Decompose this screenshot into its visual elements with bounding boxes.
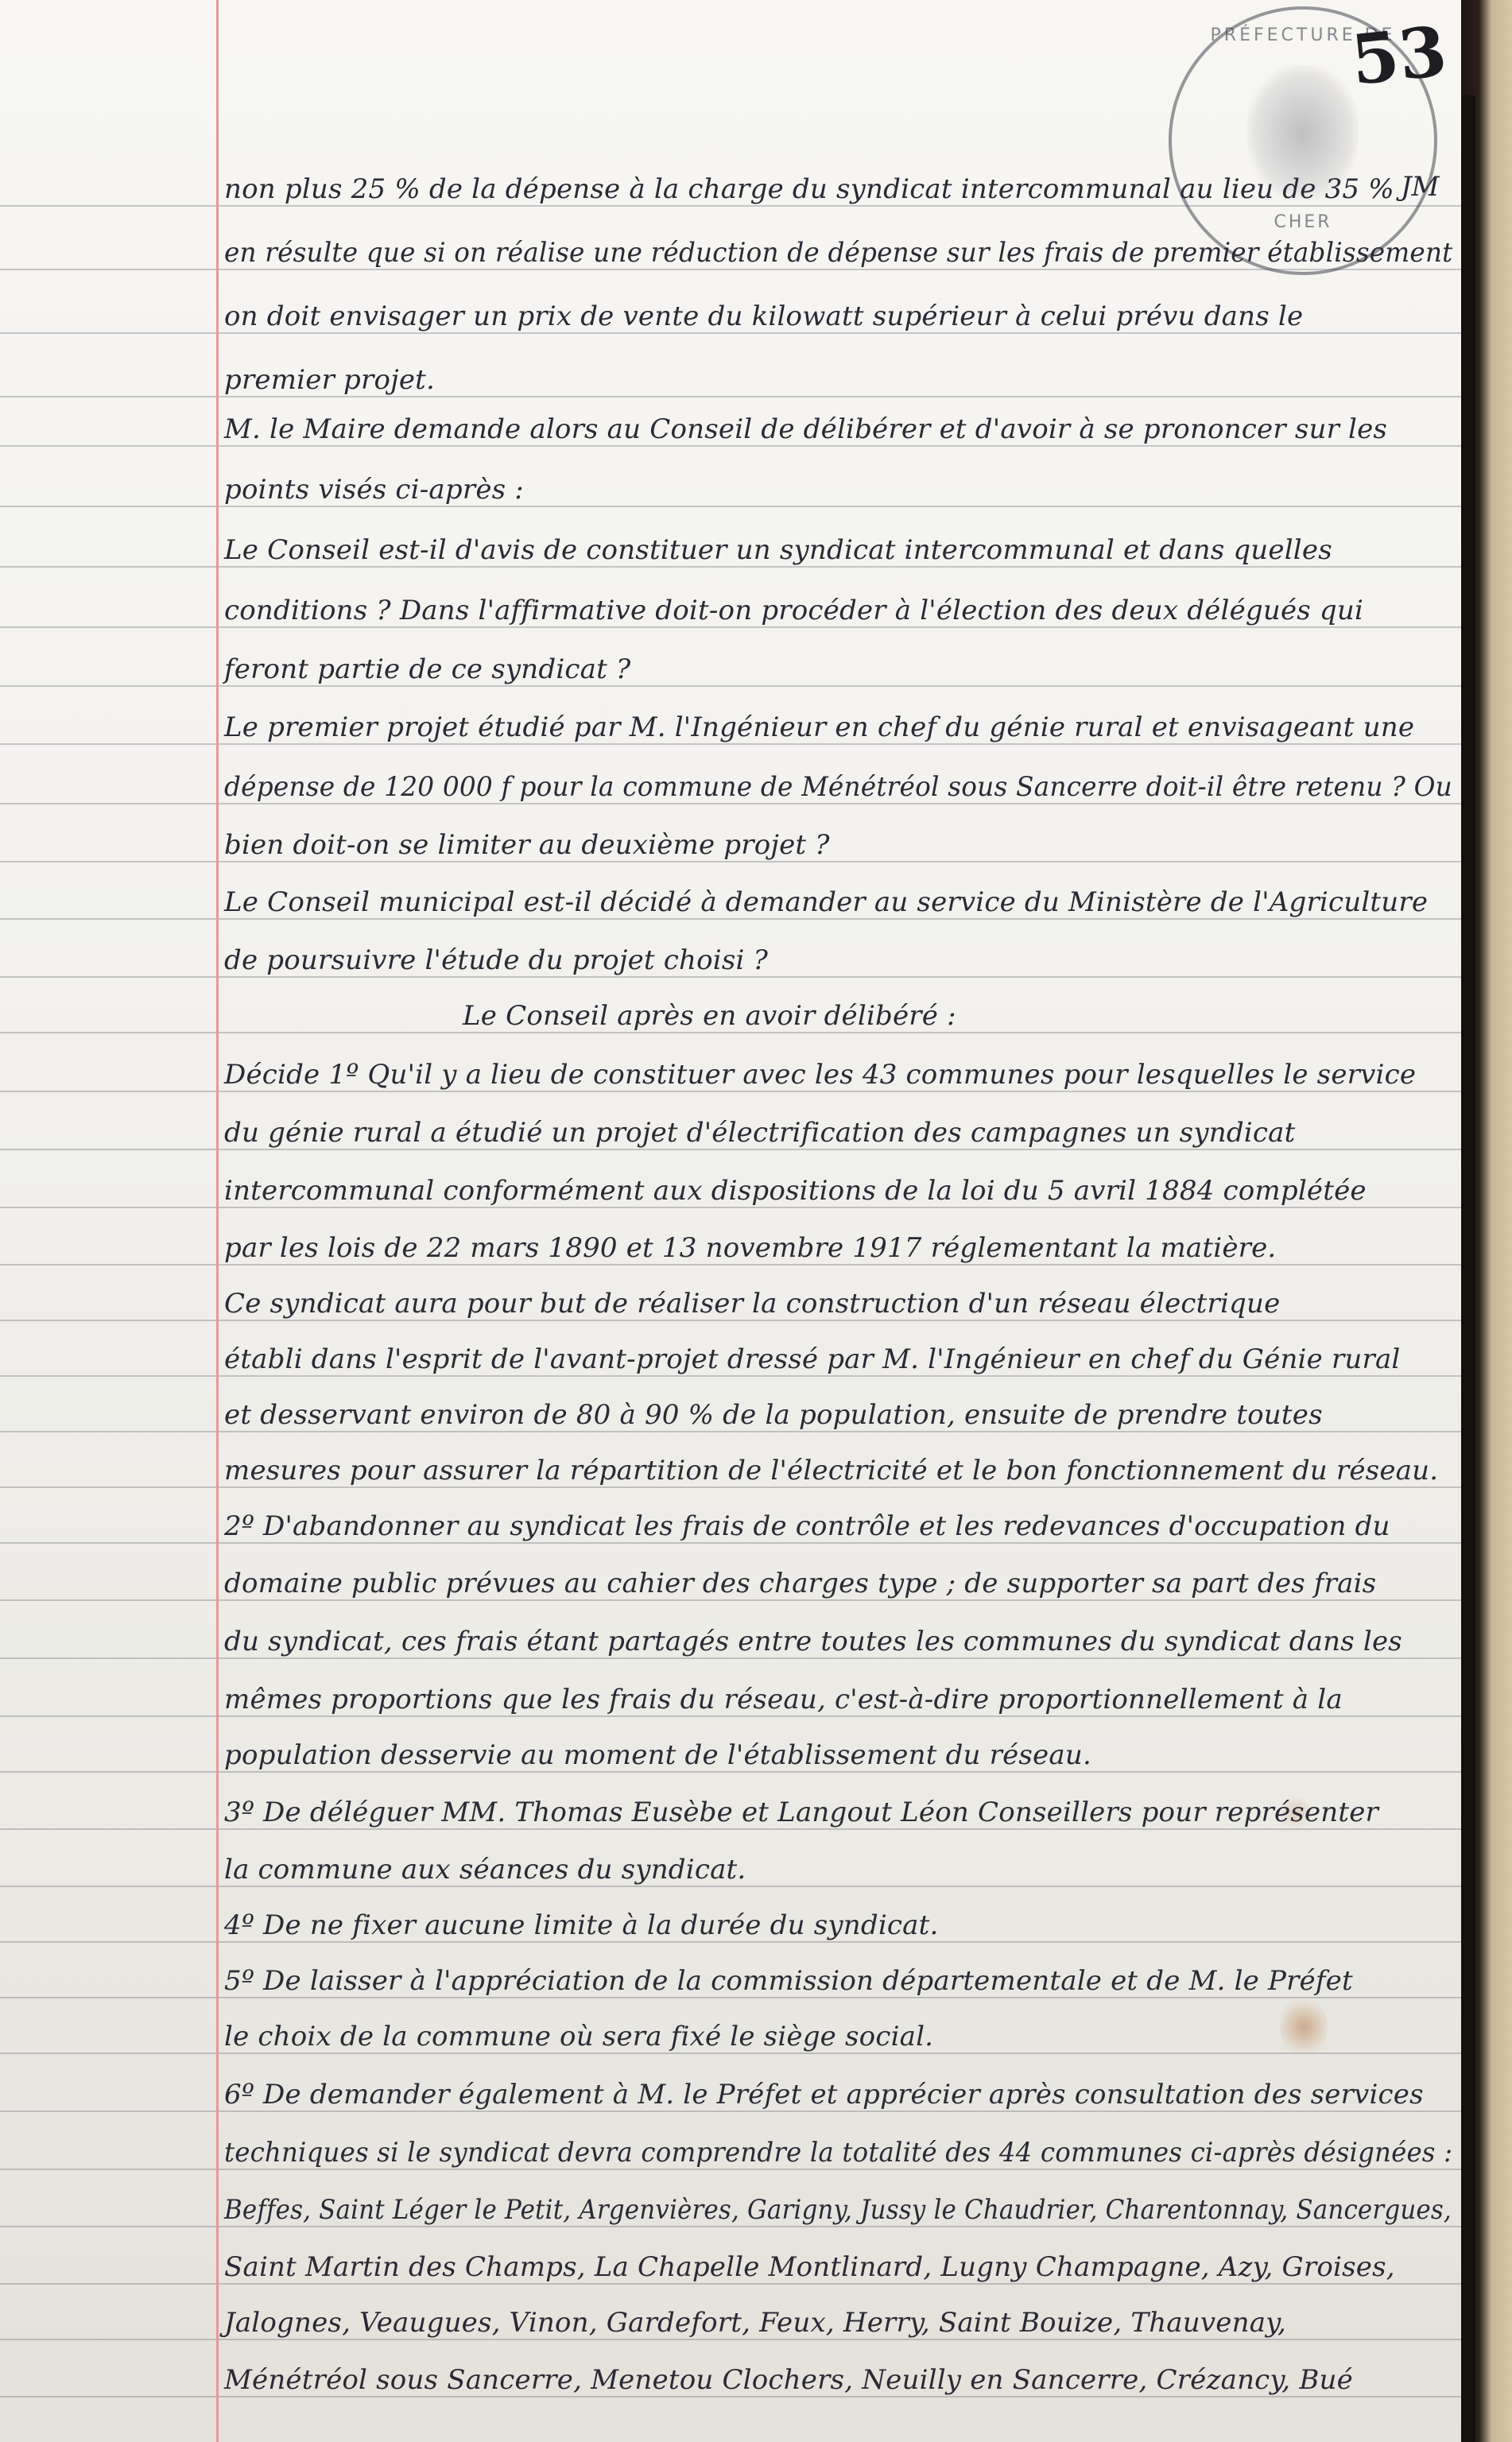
text-line: Beffes, Saint Léger le Petit, Argenvière… xyxy=(224,2194,1452,2226)
ruled-line xyxy=(0,1375,1461,1377)
binding-edge xyxy=(1461,95,1475,2442)
ruled-line xyxy=(0,2283,1461,2285)
ruled-line xyxy=(0,1657,1461,1659)
ink-stain xyxy=(1280,1995,1328,2059)
text-line: Ce syndicat aura pour but de réaliser la… xyxy=(224,1288,1280,1320)
text-line: conditions ? Dans l'affirmative doit-on … xyxy=(224,595,1363,626)
page-number: 53 xyxy=(1347,11,1451,101)
text-line: de poursuivre l'étude du projet choisi ? xyxy=(224,944,768,976)
ruled-line xyxy=(0,861,1461,862)
text-line: mêmes proportions que les frais du résea… xyxy=(224,1684,1343,1715)
stamp-text-bottom: CHER xyxy=(1251,212,1355,232)
text-line: en résulte que si on réalise une réducti… xyxy=(224,237,1452,269)
ruled-line xyxy=(0,2226,1461,2227)
ruled-line xyxy=(0,1715,1461,1717)
text-line: 6º De demander également à M. le Préfet … xyxy=(224,2079,1424,2111)
ruled-line xyxy=(0,2111,1461,2112)
ruled-line xyxy=(0,803,1461,804)
text-line: la commune aux séances du syndicat. xyxy=(224,1854,746,1886)
text-line: établi dans l'esprit de l'avant-projet d… xyxy=(224,1343,1401,1375)
text-line: on doit envisager un prix de vente du ki… xyxy=(224,300,1303,332)
ruled-line xyxy=(0,1941,1461,1943)
ruled-line xyxy=(0,1771,1461,1773)
ruled-line xyxy=(0,332,1461,334)
ruled-line xyxy=(0,2169,1461,2170)
ruled-line xyxy=(0,269,1461,270)
red-margin-rule xyxy=(216,0,219,2442)
text-line: mesures pour assurer la répartition de l… xyxy=(224,1455,1438,1487)
ruled-line xyxy=(0,1149,1461,1150)
text-line: techniques si le syndicat devra comprend… xyxy=(224,2137,1452,2169)
text-line: intercommunal conformément aux dispositi… xyxy=(224,1175,1367,1207)
section-heading: Le Conseil après en avoir délibéré : xyxy=(463,1000,956,1032)
ruled-line xyxy=(0,2052,1461,2054)
ruled-line xyxy=(0,1886,1461,1887)
register-page: PRÉFECTURE DE CHER 53 JM non plus 25 % d… xyxy=(0,0,1461,2442)
text-line: 3º De déléguer MM. Thomas Eusèbe et Lang… xyxy=(224,1797,1378,1828)
ruled-line xyxy=(0,1599,1461,1601)
text-line: feront partie de ce syndicat ? xyxy=(224,653,630,685)
ruled-line xyxy=(0,1091,1461,1092)
text-line: domaine public prévues au cahier des cha… xyxy=(224,1568,1376,1599)
text-line: 5º De laisser à l'appréciation de la com… xyxy=(224,1965,1353,1997)
text-line: non plus 25 % de la dépense à la charge … xyxy=(224,173,1394,205)
text-line: population desservie au moment de l'étab… xyxy=(224,1739,1091,1771)
text-line: Le Conseil municipal est-il décidé à dem… xyxy=(224,886,1428,918)
text-line: par les lois de 22 mars 1890 et 13 novem… xyxy=(224,1232,1276,1264)
text-line: Jalognes, Veaugues, Vinon, Gardefort, Fe… xyxy=(224,2307,1286,2339)
text-line: 4º De ne fixer aucune limite à la durée … xyxy=(224,1909,938,1941)
text-line: premier projet. xyxy=(224,364,435,396)
ruled-line xyxy=(0,1264,1461,1266)
book-binding xyxy=(1461,0,1512,2442)
text-line: du génie rural a étudié un projet d'élec… xyxy=(224,1117,1295,1149)
text-line: 2º D'abandonner au syndicat les frais de… xyxy=(224,1510,1390,1542)
ruled-line xyxy=(0,1997,1461,1998)
text-line: dépense de 120 000 f pour la commune de … xyxy=(224,771,1452,803)
ruled-line xyxy=(0,445,1461,447)
ruled-line xyxy=(0,396,1461,397)
ruled-line xyxy=(0,566,1461,568)
text-line: Saint Martin des Champs, La Chapelle Mon… xyxy=(224,2251,1395,2283)
text-line: M. le Maire demande alors au Conseil de … xyxy=(224,413,1387,445)
ruled-line xyxy=(0,2396,1461,2397)
ruled-line xyxy=(0,976,1461,978)
text-line: le choix de la commune où sera fixé le s… xyxy=(224,2021,933,2052)
ruled-line xyxy=(0,1431,1461,1432)
text-line: du syndicat, ces frais étant partagés en… xyxy=(224,1626,1402,1657)
text-line: Le Conseil est-il d'avis de constituer u… xyxy=(224,534,1332,566)
ruled-line xyxy=(0,626,1461,628)
text-line: Décide 1º Qu'il y a lieu de constituer a… xyxy=(224,1059,1416,1091)
text-line: bien doit-on se limiter au deuxième proj… xyxy=(224,829,830,861)
ruled-line xyxy=(0,685,1461,687)
ruled-line xyxy=(0,1828,1461,1830)
ruled-line xyxy=(0,506,1461,507)
ruled-line xyxy=(0,2339,1461,2340)
ruled-line xyxy=(0,1320,1461,1321)
text-line: Le premier projet étudié par M. l'Ingéni… xyxy=(224,711,1414,743)
margin-initials: JM xyxy=(1401,171,1439,203)
text-line: points visés ci-après : xyxy=(224,474,524,506)
ruled-line xyxy=(0,1487,1461,1488)
ruled-line xyxy=(0,1207,1461,1208)
ruled-line xyxy=(0,918,1461,920)
text-line: Ménétréol sous Sancerre, Menetou Clocher… xyxy=(224,2364,1353,2396)
ruled-line xyxy=(0,1542,1461,1544)
ruled-line xyxy=(0,1032,1461,1033)
text-line: et desservant environ de 80 à 90 % de la… xyxy=(224,1399,1323,1431)
ruled-line xyxy=(0,743,1461,745)
